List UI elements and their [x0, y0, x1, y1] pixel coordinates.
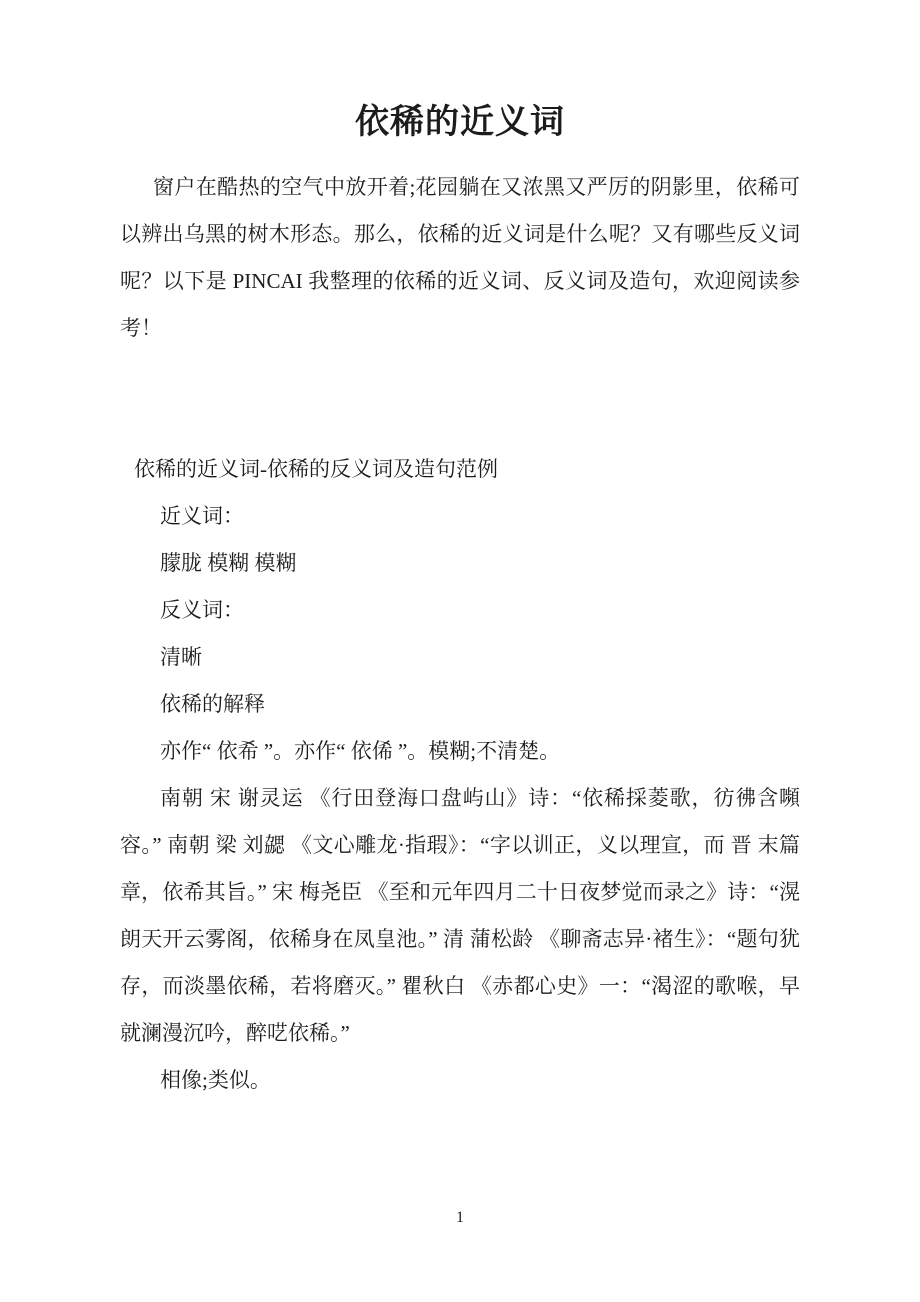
page-title: 依稀的近义词	[120, 102, 800, 144]
antonyms-value: 清晰	[120, 634, 800, 681]
synonyms-list: 朦胧 模糊 模糊	[120, 540, 800, 587]
blank-gap	[120, 352, 800, 446]
page-number: 1	[0, 1208, 920, 1228]
intro-paragraph: 窗户在酷热的空气中放开着;花园躺在又浓黑又严厉的阴影里，依稀可以辨出乌黑的树木形…	[120, 164, 800, 352]
antonyms-label: 反义词：	[120, 587, 800, 634]
synonyms-label: 近义词：	[120, 493, 800, 540]
explanation-second-sense: 相像;类似。	[120, 1057, 800, 1104]
citations-paragraph: 南朝 宋 谢灵运 《行田登海口盘屿山》诗：“依稀採菱歌，彷彿含嚬容。” 南朝 梁…	[120, 775, 800, 1057]
section-heading: 依稀的近义词-依稀的反义词及造句范例	[120, 446, 800, 493]
document-page: 依稀的近义词 窗户在酷热的空气中放开着;花园躺在又浓黑又严厉的阴影里，依稀可以辨…	[0, 0, 920, 1302]
explanation-heading: 依稀的解释	[120, 681, 800, 728]
explanation-first-sense: 亦作“ 依希 ”。亦作“ 依俙 ”。模糊;不清楚。	[120, 728, 800, 775]
